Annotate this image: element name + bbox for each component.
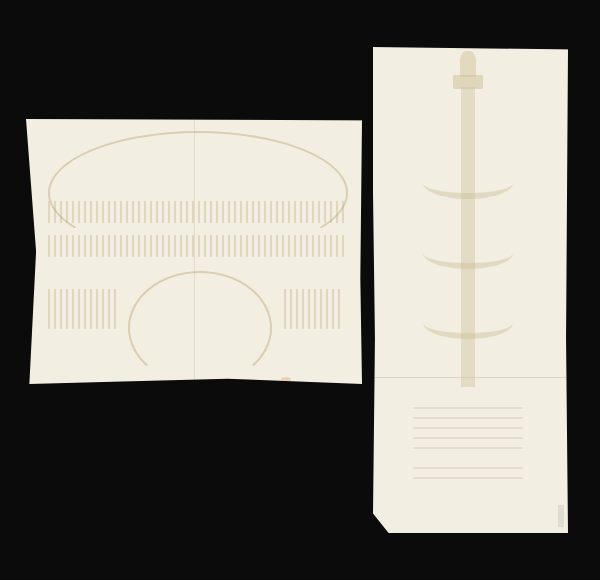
garland	[423, 237, 513, 269]
archive-label	[558, 505, 564, 527]
garland	[423, 167, 513, 199]
garland	[423, 307, 513, 339]
statue-figure	[460, 51, 476, 77]
amphitheatre-drawing	[48, 161, 344, 333]
left-engraving-sheet	[26, 119, 362, 384]
paper-stain	[281, 377, 291, 382]
right-engraving-sheet	[373, 47, 568, 533]
text-line	[413, 407, 523, 409]
